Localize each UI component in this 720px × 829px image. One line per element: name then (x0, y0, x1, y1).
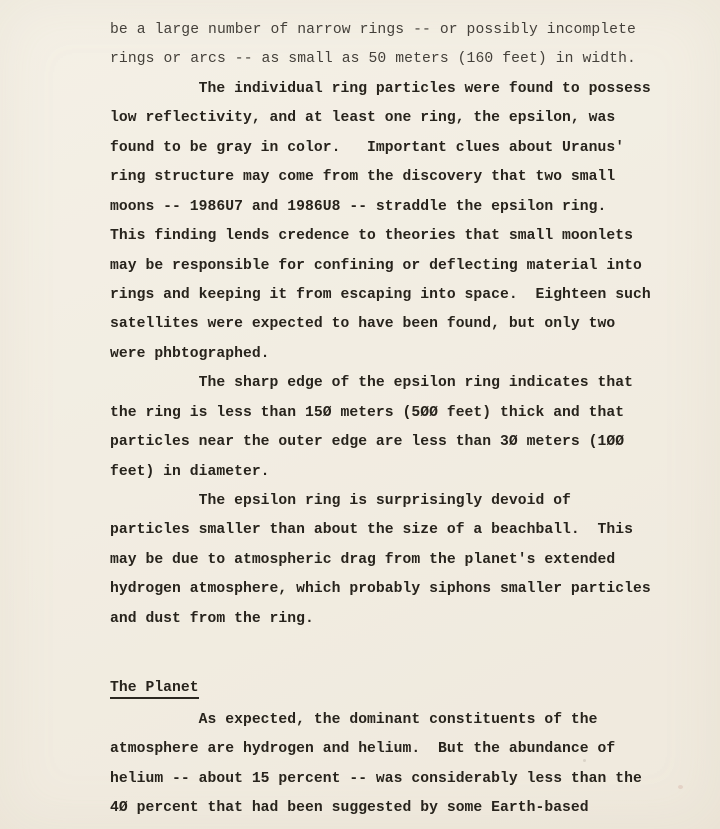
text-line: helium -- about 15 percent -- was consid… (110, 765, 651, 794)
section-heading: The Planet (110, 674, 651, 703)
paragraph: The individual ring particles were found… (110, 75, 651, 369)
text-line: moons -- 1986U7 and 1986U8 -- straddle t… (110, 193, 651, 222)
text-line: This finding lends credence to theories … (110, 222, 651, 251)
text-line: 4Ø percent that had been suggested by so… (110, 794, 651, 823)
text-line: feet) in diameter. (110, 458, 651, 487)
text-line: and dust from the ring. (110, 605, 651, 634)
text-line: may be responsible for confining or defl… (110, 252, 651, 281)
text-line: particles near the outer edge are less t… (110, 428, 651, 457)
text-line: atmosphere are hydrogen and helium. But … (110, 735, 651, 764)
paragraph: be a large number of narrow rings -- or … (110, 16, 651, 75)
text-line: found to be gray in color. Important clu… (110, 134, 651, 163)
text-line: The sharp edge of the epsilon ring indic… (110, 369, 651, 398)
text-line: low reflectivity, and at least one ring,… (110, 104, 651, 133)
document-text: be a large number of narrow rings -- or … (110, 16, 651, 823)
text-line: As expected, the dominant constituents o… (110, 706, 651, 735)
text-line: satellites were expected to have been fo… (110, 310, 651, 339)
paragraph: The epsilon ring is surprisingly devoid … (110, 487, 651, 634)
text-line: The individual ring particles were found… (110, 75, 651, 104)
text-line: the ring is less than 15Ø meters (5ØØ fe… (110, 399, 651, 428)
paragraph: As expected, the dominant constituents o… (110, 706, 651, 824)
paragraph: The sharp edge of the epsilon ring indic… (110, 369, 651, 487)
text-line: rings or arcs -- as small as 50 meters (… (110, 45, 651, 74)
text-line: rings and keeping it from escaping into … (110, 281, 651, 310)
scanned-page: be a large number of narrow rings -- or … (0, 0, 720, 829)
paper-speck (678, 785, 683, 789)
text-line: hydrogen atmosphere, which probably siph… (110, 575, 651, 604)
text-line: were phbtographed. (110, 340, 651, 369)
text-line: The epsilon ring is surprisingly devoid … (110, 487, 651, 516)
text-line: ring structure may come from the discove… (110, 163, 651, 192)
section-heading-label: The Planet (110, 680, 199, 699)
text-line: may be due to atmospheric drag from the … (110, 546, 651, 575)
text-line: particles smaller than about the size of… (110, 516, 651, 545)
text-line: be a large number of narrow rings -- or … (110, 16, 651, 45)
